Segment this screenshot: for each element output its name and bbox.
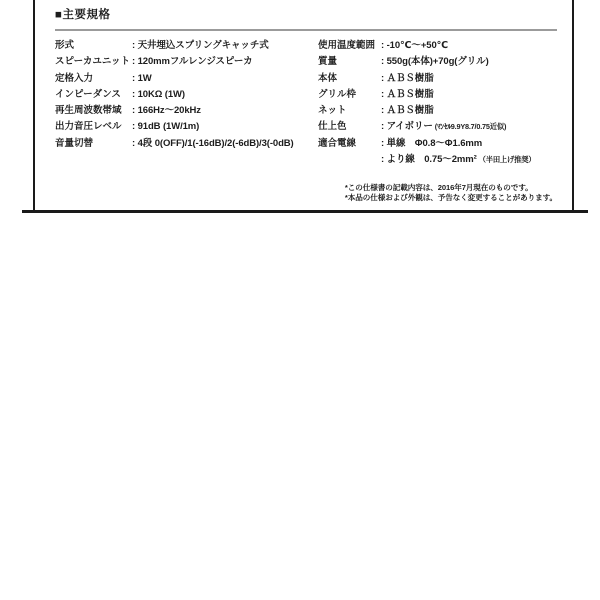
spec-value: : 10KΩ (1W) xyxy=(132,89,185,100)
spec-value: : 1W xyxy=(132,73,152,84)
footnote-line: *本品の仕様および外観は、予告なく変更することがあります。 xyxy=(345,193,557,203)
spec-label: 本体 xyxy=(318,70,381,84)
spec-column-right: 使用温度範囲 : -10℃～+50℃ 質量 : 550g(本体)+70g(グリル… xyxy=(318,37,572,167)
bottom-rule xyxy=(22,210,588,213)
table-border-left xyxy=(33,0,35,210)
spec-label: スピーカユニット xyxy=(55,53,132,67)
spec-row-grille-frame: グリル枠 : ＡＢＳ樹脂 xyxy=(318,86,572,102)
heading-rule xyxy=(55,29,557,31)
spec-row-compatible-wire-solid: 適合電線 : 単線 Φ0.8～Φ1.6mm xyxy=(318,135,572,151)
spec-label: 適合電線 xyxy=(318,135,381,149)
spec-value-note: (ﾏﾝｾﾙ9.9Y8.7/0.75近似) xyxy=(435,122,506,132)
spec-label: ネット xyxy=(318,102,381,116)
spec-row-frequency-range: 再生周波数帯域 : 166Hz～20kHz xyxy=(55,102,321,118)
spec-value-note: （半田上げ推奨） xyxy=(479,155,536,165)
spec-label: 使用温度範囲 xyxy=(318,37,381,51)
spec-label: グリル枠 xyxy=(318,86,381,100)
spec-label: 質量 xyxy=(318,53,381,67)
spec-value: : より線 0.75～2mm² xyxy=(381,151,477,165)
spec-row-net: ネット : ＡＢＳ樹脂 xyxy=(318,102,572,118)
spec-value: : 91dB (1W/1m) xyxy=(132,121,199,132)
spec-label: インピーダンス xyxy=(55,86,132,100)
spec-row-mass: 質量 : 550g(本体)+70g(グリル) xyxy=(318,53,572,69)
spec-row-operating-temp: 使用温度範囲 : -10℃～+50℃ xyxy=(318,37,572,53)
spec-row-rated-input: 定格入力 : 1W xyxy=(55,70,321,86)
spec-value: : 120mmフルレンジスピーカ xyxy=(132,53,253,67)
spec-label: 再生周波数帯域 xyxy=(55,102,132,116)
spec-label: 出力音圧レベル xyxy=(55,118,132,132)
spec-row-body-material: 本体 : ＡＢＳ樹脂 xyxy=(318,70,572,86)
spec-value: : 166Hz～20kHz xyxy=(132,102,201,116)
spec-value: : 4段 0(OFF)/1(-16dB)/2(-6dB)/3(-0dB) xyxy=(132,135,294,149)
footnotes: *この仕様書の記載内容は、2016年7月現在のものです。 *本品の仕様および外観… xyxy=(345,183,557,202)
table-border-right xyxy=(572,0,574,210)
spec-value: : ＡＢＳ樹脂 xyxy=(381,70,434,84)
spec-row-type: 形式 : 天井埋込スプリングキャッチ式 xyxy=(55,37,321,53)
spec-value: : 天井埋込スプリングキャッチ式 xyxy=(132,37,269,51)
spec-column-left: 形式 : 天井埋込スプリングキャッチ式 スピーカユニット : 120mmフルレン… xyxy=(55,37,321,151)
spec-label: 音量切替 xyxy=(55,135,132,149)
spec-row-speaker-unit: スピーカユニット : 120mmフルレンジスピーカ xyxy=(55,53,321,69)
spec-value: : ＡＢＳ樹脂 xyxy=(381,102,434,116)
spec-value: : -10℃～+50℃ xyxy=(381,37,448,51)
section-heading: ■主要規格 xyxy=(55,6,110,22)
spec-row-finish-color: 仕上色 : アイボリー (ﾏﾝｾﾙ9.9Y8.7/0.75近似) xyxy=(318,118,572,134)
spec-row-output-spl: 出力音圧レベル : 91dB (1W/1m) xyxy=(55,118,321,134)
spec-row-impedance: インピーダンス : 10KΩ (1W) xyxy=(55,86,321,102)
spec-sheet-page: ■主要規格 形式 : 天井埋込スプリングキャッチ式 スピーカユニット : 120… xyxy=(0,0,600,600)
spec-row-compatible-wire-stranded: : より線 0.75～2mm² （半田上げ推奨） xyxy=(318,151,572,167)
spec-value: : 単線 Φ0.8～Φ1.6mm xyxy=(381,135,482,149)
footnote-line: *この仕様書の記載内容は、2016年7月現在のものです。 xyxy=(345,183,557,193)
spec-label: 形式 xyxy=(55,37,132,51)
spec-label: 定格入力 xyxy=(55,70,132,84)
spec-row-volume-switch: 音量切替 : 4段 0(OFF)/1(-16dB)/2(-6dB)/3(-0dB… xyxy=(55,135,321,151)
spec-value: : 550g(本体)+70g(グリル) xyxy=(381,53,489,67)
spec-label: 仕上色 xyxy=(318,118,381,132)
spec-value: : ＡＢＳ樹脂 xyxy=(381,86,434,100)
spec-value: : アイボリー xyxy=(381,118,433,132)
